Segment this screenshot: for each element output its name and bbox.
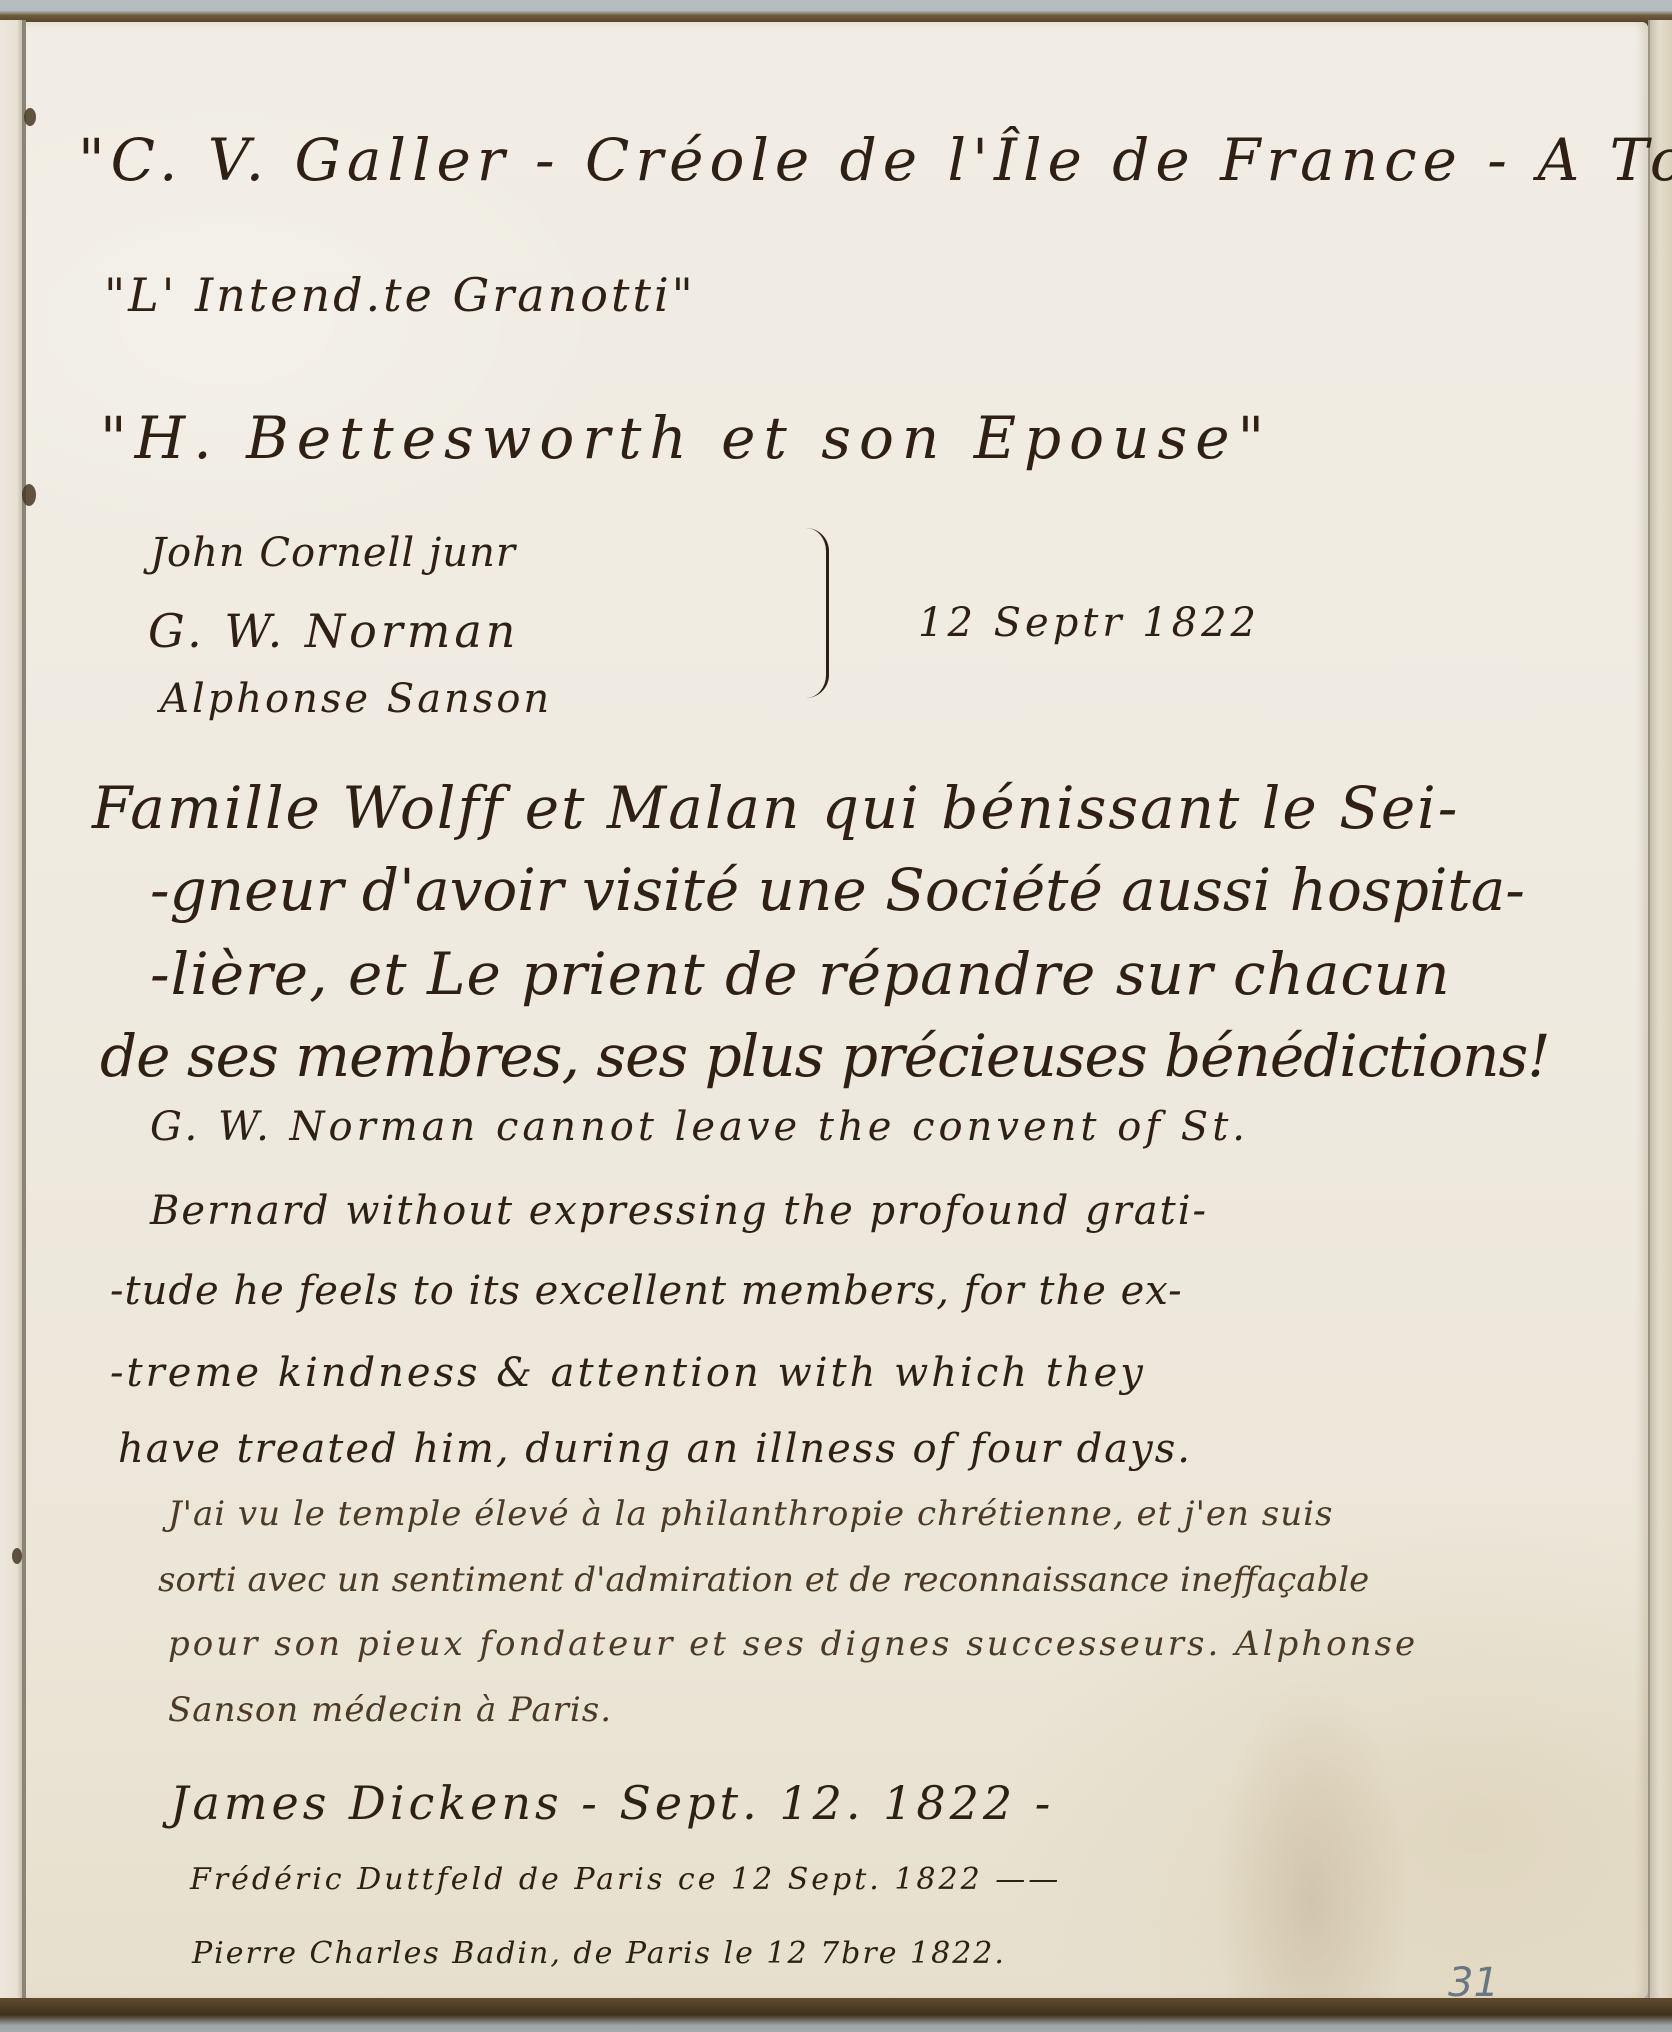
- entry-bettesworth: "H. Bettesworth et son Epouse": [100, 404, 1272, 472]
- norman-line-5: have treated him, during an illness of f…: [118, 1426, 1192, 1472]
- page-number: 31: [1448, 1960, 1499, 2006]
- wolff-line-4: de ses membres, ses plus précieuses béné…: [100, 1022, 1550, 1090]
- group-date: 12 Septr 1822: [918, 600, 1260, 646]
- group-name-2: G. W. Norman: [148, 604, 519, 658]
- wolff-line-1: Famille Wolff et Malan qui bénissant le …: [92, 774, 1459, 842]
- ink-blot: [22, 484, 36, 506]
- brace-glyph: [806, 528, 829, 698]
- group-name-1: John Cornell junr: [150, 530, 516, 576]
- right-page-edge: [1648, 20, 1672, 2002]
- entry-pierre: Pierre Charles Badin, de Paris le 12 7br…: [192, 1936, 1006, 1971]
- wolff-line-2: -gneur d'avoir visité une Société aussi …: [150, 856, 1525, 924]
- ink-blot: [12, 1548, 22, 1564]
- sanson-line-3: pour son pieux fondateur et ses dignes s…: [168, 1624, 1418, 1664]
- sanson-line-4: Sanson médecin à Paris.: [168, 1690, 612, 1730]
- norman-line-2: Bernard without expressing the profound …: [150, 1188, 1208, 1234]
- group-name-3: Alphonse Sanson: [160, 676, 552, 722]
- sanson-line-1: J'ai vu le temple élevé à la philanthrop…: [168, 1494, 1333, 1534]
- sanson-line-2: sorti avec un sentiment d'admiration et …: [158, 1560, 1369, 1600]
- book-bottom-edge: [0, 1998, 1672, 2032]
- entry-galler: "C. V. Galler - Créole de l'Île de Franc…: [78, 126, 1672, 194]
- norman-line-3: -tude he feels to its excellent members,…: [110, 1268, 1183, 1314]
- entry-dickens: James Dickens - Sept. 12. 1822 -: [170, 1776, 1054, 1830]
- entry-frederic: Frédéric Duttfeld de Paris ce 12 Sept. 1…: [190, 1862, 1061, 1897]
- norman-line-1: G. W. Norman cannot leave the convent of…: [150, 1104, 1249, 1150]
- left-page-edge: [0, 20, 24, 2002]
- entry-intendant: "L' Intend.te Granotti": [104, 268, 696, 322]
- norman-line-4: -treme kindness & attention with which t…: [110, 1350, 1146, 1396]
- wolff-line-3: -lière, et Le prient de répandre sur cha…: [150, 940, 1451, 1008]
- ink-blot: [24, 108, 36, 126]
